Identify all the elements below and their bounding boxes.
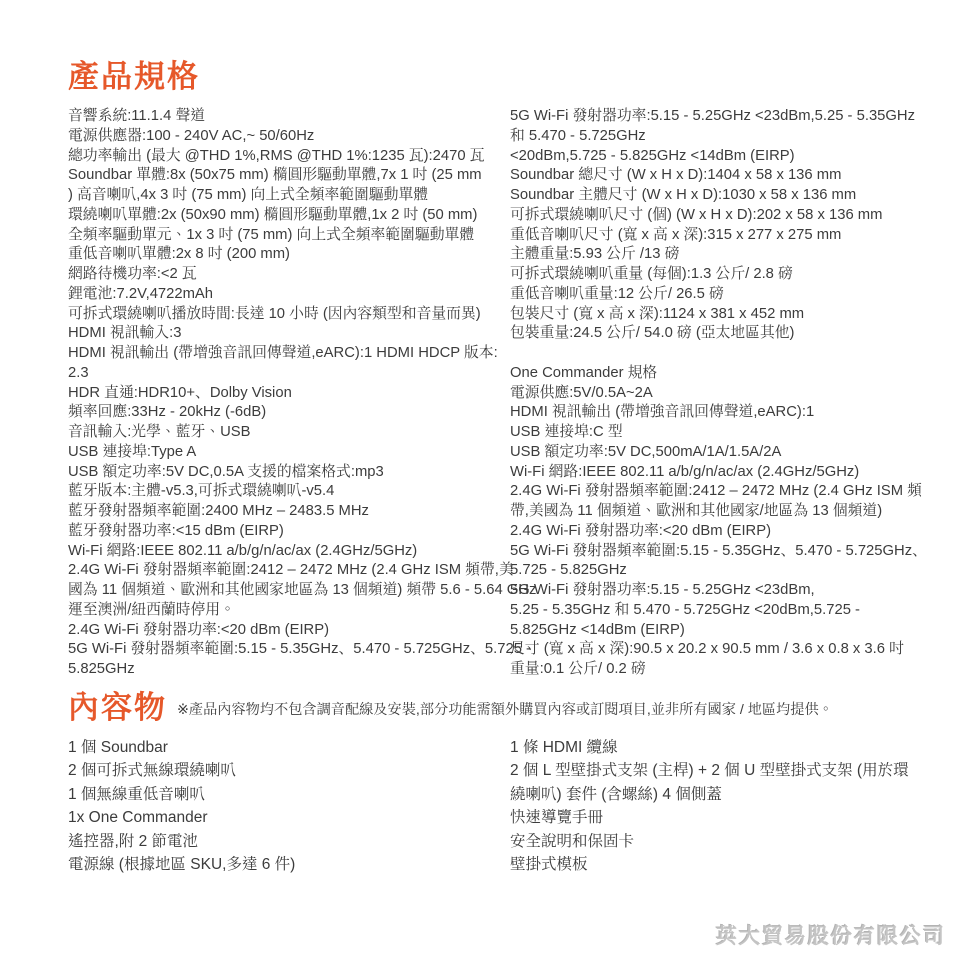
content-item: 1 個 Soundbar bbox=[68, 736, 498, 760]
spec-line: 5.25 - 5.35GHz 和 5.470 - 5.725GHz <20dBm… bbox=[510, 601, 912, 621]
specs-right-soundbar-block: 5G Wi-Fi 發射器功率:5.15 - 5.25GHz <23dBm,5.2… bbox=[510, 107, 912, 344]
contents-columns: 1 個 Soundbar2 個可拆式無線環繞喇叭1 個無線重低音喇叭1x One… bbox=[68, 736, 912, 877]
content-item: 2 個可拆式無線環繞喇叭 bbox=[68, 759, 498, 783]
spec-line: HDMI 視訊輸入:3 bbox=[68, 324, 498, 344]
specs-columns: 音響系統:11.1.4 聲道電源供應器:100 - 240V AC,~ 50/6… bbox=[68, 107, 912, 680]
spec-line: 藍牙版本:主體-v5.3,可拆式環繞喇叭-v5.4 bbox=[68, 482, 498, 502]
spec-line: USB 額定功率:5V DC,0.5A 支援的檔案格式:mp3 bbox=[68, 463, 498, 483]
spec-line: 2.4G Wi-Fi 發射器頻率範圍:2412 – 2472 MHz (2.4 … bbox=[510, 482, 912, 502]
spec-line: USB 連接埠:C 型 bbox=[510, 423, 912, 443]
contents-right-column: 1 條 HDMI 纜線2 個 L 型壁掛式支架 (主桿) + 2 個 U 型壁掛… bbox=[510, 736, 912, 877]
contents-header: 內容物 ※產品內容物均不包含調音配線及安裝,部分功能需額外購買內容或訂閱項目,並… bbox=[68, 691, 912, 725]
spec-line: Soundbar 單體:8x (50x75 mm) 橢圓形驅動單體,7x 1 吋… bbox=[68, 166, 498, 186]
spec-line: 運至澳洲/紐西蘭時停用。 bbox=[68, 601, 498, 621]
spec-line: 全頻率驅動單元、1x 3 吋 (75 mm) 向上式全頻率範圍驅動單體 bbox=[68, 226, 498, 246]
spec-line: 藍牙發射器頻率範圍:2400 MHz – 2483.5 MHz bbox=[68, 502, 498, 522]
one-commander-block: One Commander 規格 電源供應:5V/0.5A~2AHDMI 視訊輸… bbox=[510, 364, 912, 680]
spec-line: 5G Wi-Fi 發射器功率:5.15 - 5.25GHz <23dBm,5.2… bbox=[510, 107, 912, 127]
content-item: 1 個無線重低音喇叭 bbox=[68, 783, 498, 807]
spec-line: 頻率回應:33Hz - 20kHz (-6dB) bbox=[68, 403, 498, 423]
contents-note: ※產品內容物均不包含調音配線及安裝,部分功能需額外購買內容或訂閱項目,並非所有國… bbox=[177, 701, 833, 725]
one-commander-heading: One Commander 規格 bbox=[510, 364, 912, 384]
content-item: 安全說明和保固卡 bbox=[510, 830, 912, 854]
content-item: 壁掛式模板 bbox=[510, 853, 912, 877]
spec-line: 包裝尺寸 (寬 x 高 x 深):1124 x 381 x 452 mm bbox=[510, 305, 912, 325]
spec-line: HDMI 視訊輸出 (帶增強音訊回傳聲道,eARC):1 bbox=[510, 403, 912, 423]
spec-line: 鋰電池:7.2V,4722mAh bbox=[68, 285, 498, 305]
spec-line: 5.825GHz <14dBm (EIRP) bbox=[510, 621, 912, 641]
spec-line: Soundbar 總尺寸 (W x H x D):1404 x 58 x 136… bbox=[510, 166, 912, 186]
spec-line: Wi-Fi 網路:IEEE 802.11 a/b/g/n/ac/ax (2.4G… bbox=[68, 542, 498, 562]
spec-line: 電源供應器:100 - 240V AC,~ 50/60Hz bbox=[68, 127, 498, 147]
spec-line: 和 5.470 - 5.725GHz bbox=[510, 127, 912, 147]
content-item: 遙控器,附 2 節電池 bbox=[68, 830, 498, 854]
spec-line: 音訊輸入:光學、藍牙、USB bbox=[68, 423, 498, 443]
spec-line: 主體重量:5.93 公斤 /13 磅 bbox=[510, 245, 912, 265]
spec-line: Soundbar 主體尺寸 (W x H x D):1030 x 58 x 13… bbox=[510, 186, 912, 206]
spec-line: 電源供應:5V/0.5A~2A bbox=[510, 384, 912, 404]
specs-right-column: 5G Wi-Fi 發射器功率:5.15 - 5.25GHz <23dBm,5.2… bbox=[510, 107, 912, 680]
one-commander-lines: 電源供應:5V/0.5A~2AHDMI 視訊輸出 (帶增強音訊回傳聲道,eARC… bbox=[510, 384, 912, 680]
spec-line: HDR 直通:HDR10+、Dolby Vision bbox=[68, 384, 498, 404]
content-item: 快速導覽手冊 bbox=[510, 806, 912, 830]
spec-line: USB 連接埠:Type A bbox=[68, 443, 498, 463]
content-item: 1x One Commander bbox=[68, 806, 498, 830]
spec-line: USB 額定功率:5V DC,500mA/1A/1.5A/2A bbox=[510, 443, 912, 463]
spec-line: 可拆式環繞喇叭重量 (每個):1.3 公斤/ 2.8 磅 bbox=[510, 265, 912, 285]
content-item: 2 個 L 型壁掛式支架 (主桿) + 2 個 U 型壁掛式支架 (用於環繞喇叭… bbox=[510, 759, 912, 806]
spec-line: 藍牙發射器功率:<15 dBm (EIRP) bbox=[68, 522, 498, 542]
product-specs-title: 產品規格 bbox=[68, 60, 912, 94]
spec-line: 5.725 - 5.825GHz bbox=[510, 561, 912, 581]
contents-left-column: 1 個 Soundbar2 個可拆式無線環繞喇叭1 個無線重低音喇叭1x One… bbox=[68, 736, 498, 877]
spec-line: 5.825GHz bbox=[68, 660, 498, 680]
spec-line: 5G Wi-Fi 發射器頻率範圍:5.15 - 5.35GHz、5.470 - … bbox=[510, 542, 912, 562]
spec-line: 尺寸 (寬 x 高 x 深):90.5 x 20.2 x 90.5 mm / 3… bbox=[510, 640, 912, 660]
spec-line: 重低音喇叭重量:12 公斤/ 26.5 磅 bbox=[510, 285, 912, 305]
spec-line: 總功率輸出 (最大 @THD 1%,RMS @THD 1%:1235 瓦):24… bbox=[68, 147, 498, 167]
spec-line: <20dBm,5.725 - 5.825GHz <14dBm (EIRP) bbox=[510, 147, 912, 167]
content-item: 電源線 (根據地區 SKU,多達 6 件) bbox=[68, 853, 498, 877]
spec-line: 音響系統:11.1.4 聲道 bbox=[68, 107, 498, 127]
contents-title: 內容物 bbox=[68, 691, 167, 725]
spec-line: 5G Wi-Fi 發射器頻率範圍:5.15 - 5.35GHz、5.470 - … bbox=[68, 640, 498, 660]
spec-line: 2.4G Wi-Fi 發射器功率:<20 dBm (EIRP) bbox=[510, 522, 912, 542]
content-item: 1 條 HDMI 纜線 bbox=[510, 736, 912, 760]
spec-line: 網路待機功率:<2 瓦 bbox=[68, 265, 498, 285]
spec-sheet-page: 產品規格 音響系統:11.1.4 聲道電源供應器:100 - 240V AC,~… bbox=[0, 0, 960, 960]
specs-left-column: 音響系統:11.1.4 聲道電源供應器:100 - 240V AC,~ 50/6… bbox=[68, 107, 498, 680]
spec-line: 重量:0.1 公斤/ 0.2 磅 bbox=[510, 660, 912, 680]
spec-line: HDMI 視訊輸出 (帶增強音訊回傳聲道,eARC):1 HDMI HDCP 版… bbox=[68, 344, 498, 364]
spec-line: ) 高音喇叭,4x 3 吋 (75 mm) 向上式全頻率範圍驅動單體 bbox=[68, 186, 498, 206]
spec-line: 帶,美國為 11 個頻道、歐洲和其他國家/地區為 13 個頻道) bbox=[510, 502, 912, 522]
spec-line: 環繞喇叭單體:2x (50x90 mm) 橢圓形驅動單體,1x 2 吋 (50 … bbox=[68, 206, 498, 226]
spec-line: 可拆式環繞喇叭尺寸 (個) (W x H x D):202 x 58 x 136… bbox=[510, 206, 912, 226]
spec-line: 2.3 bbox=[68, 364, 498, 384]
spec-line: 可拆式環繞喇叭播放時間:長達 10 小時 (因內容類型和音量而異) bbox=[68, 305, 498, 325]
spec-line: 國為 11 個頻道、歐洲和其他國家地區為 13 個頻道) 頻帶 5.6 - 5.… bbox=[68, 581, 498, 601]
company-watermark: 英大貿易股份有限公司 bbox=[716, 920, 946, 950]
spec-line: 重低音喇叭尺寸 (寬 x 高 x 深):315 x 277 x 275 mm bbox=[510, 226, 912, 246]
spec-line: 2.4G Wi-Fi 發射器頻率範圍:2412 – 2472 MHz (2.4 … bbox=[68, 561, 498, 581]
spec-line: 包裝重量:24.5 公斤/ 54.0 磅 (亞太地區其他) bbox=[510, 324, 912, 344]
spec-line: 2.4G Wi-Fi 發射器功率:<20 dBm (EIRP) bbox=[68, 621, 498, 641]
spec-line: Wi-Fi 網路:IEEE 802.11 a/b/g/n/ac/ax (2.4G… bbox=[510, 463, 912, 483]
spec-line: 重低音喇叭單體:2x 8 吋 (200 mm) bbox=[68, 245, 498, 265]
spec-line: 5G Wi-Fi 發射器功率:5.15 - 5.25GHz <23dBm, bbox=[510, 581, 912, 601]
